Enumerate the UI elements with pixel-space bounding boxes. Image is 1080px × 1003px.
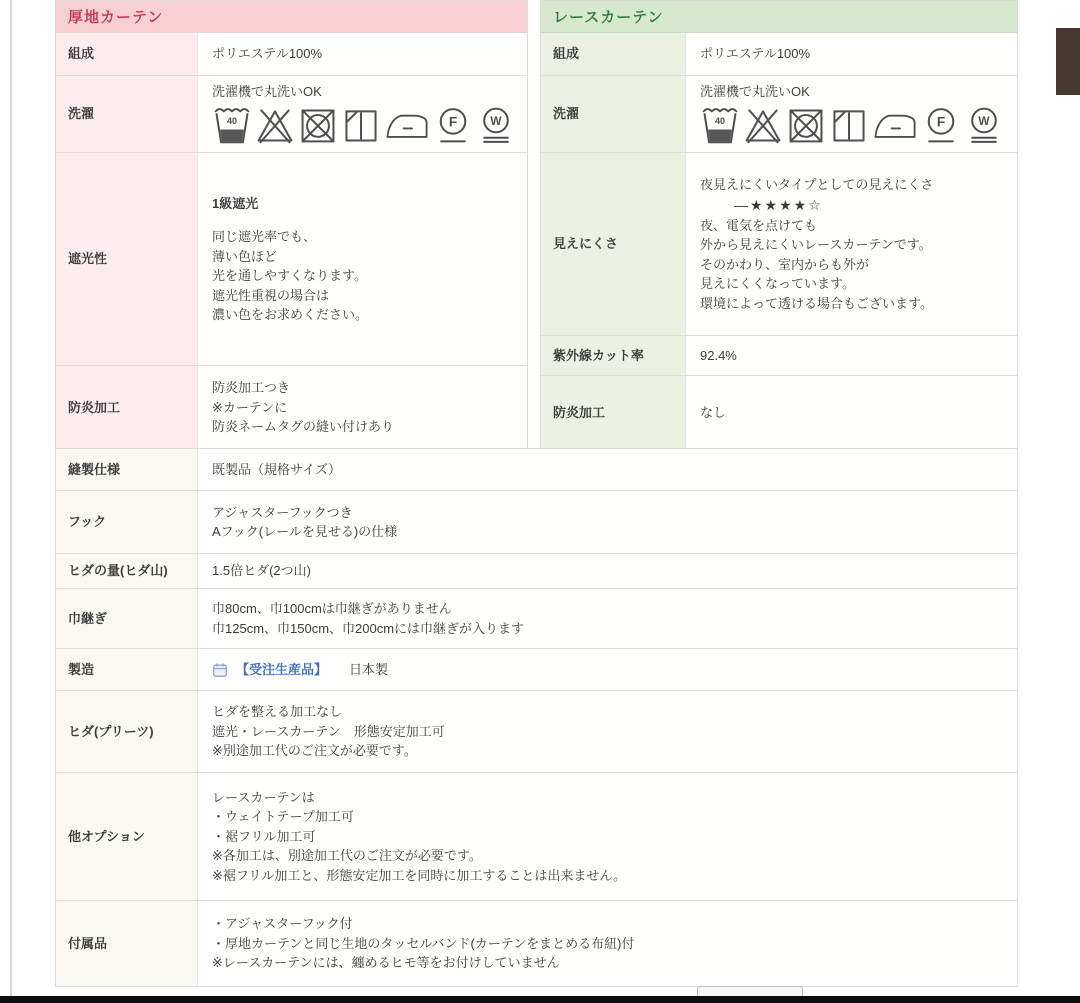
washing-label: 洗濯: [56, 76, 198, 152]
order-production-icon: [212, 662, 228, 678]
width-seam-value: 巾80cm、巾100cmは巾継ぎがありません 巾125cm、巾150cm、巾20…: [198, 589, 1017, 648]
svg-text:F: F: [449, 115, 457, 130]
table-row: 製造 【受注生産品】 日本製: [56, 649, 1017, 691]
sewing-spec-value: 既製品（規格サイズ）: [198, 449, 1017, 490]
accessories-label: 付属品: [56, 901, 198, 986]
visibility-description: 夜、電気を点けても 外から見えにくいレースカーテンです。 そのかわり、室内からも…: [700, 216, 933, 314]
table-row: ヒダ(プリーツ) ヒダを整える加工なし 遮光・レースカーテン 形態安定加工可 ※…: [56, 691, 1017, 773]
table-row: 洗濯 洗濯機で丸洗いOK 40 F: [541, 76, 1017, 153]
lace-curtain-spec-table: レースカーテン 組成 ポリエステル100% 洗濯 洗濯機で丸洗いOK 40: [540, 0, 1018, 450]
side-banner-fragment[interactable]: [1056, 28, 1080, 95]
washing-text: 洗濯機で丸洗いOK: [700, 82, 810, 102]
composition-label: 組成: [56, 33, 198, 75]
washing-text: 洗濯機で丸洗いOK: [212, 82, 322, 102]
bottom-bar: [0, 996, 1080, 1003]
table-row: ヒダの量(ヒダ山) 1.5倍ヒダ(2つ山): [56, 554, 1017, 589]
table-row: 組成 ポリエステル100%: [56, 33, 527, 76]
washing-label: 洗濯: [541, 76, 686, 152]
iron-icon: [384, 104, 430, 146]
product-spec-page: 厚地カーテン 組成 ポリエステル100% 洗濯 洗濯機で丸洗いOK 40: [0, 0, 1080, 1003]
table-row: 防炎加工 防炎加工つき ※カーテンに 防炎ネームタグの縫い付けあり: [56, 366, 527, 449]
svg-text:40: 40: [227, 116, 237, 126]
composition-value: ポリエステル100%: [198, 33, 527, 75]
table-row: 他オプション レースカーテンは ・ウェイトテープ加工可 ・裾フリル加工可 ※各加…: [56, 773, 1017, 901]
svg-text:W: W: [978, 114, 990, 128]
shading-description: 同じ遮光率でも、 薄い色ほど 光を通しやすくなります。 遮光性重視の場合は 濃い…: [212, 227, 368, 325]
visibility-intro: 夜見えにくいタイプとしての見えにくさ: [700, 175, 933, 195]
table-row: フック アジャスターフックつき Aフック(レールを見せる)の仕様: [56, 491, 1017, 554]
thick-curtain-spec-table: 厚地カーテン 組成 ポリエステル100% 洗濯 洗濯機で丸洗いOK 40: [55, 0, 528, 450]
shading-grade: 1級遮光: [212, 194, 258, 214]
table-row: 洗濯 洗濯機で丸洗いOK 40 F: [56, 76, 527, 153]
table-row: 付属品 ・アジャスターフック付 ・厚地カーテンと同じ生地のタッセルバンド(カーテ…: [56, 901, 1017, 986]
svg-text:F: F: [937, 115, 945, 130]
wash-40-icon: 40: [212, 104, 252, 146]
no-bleach-icon: [255, 104, 295, 146]
shading-value: 1級遮光 同じ遮光率でも、 薄い色ほど 光を通しやすくなります。 遮光性重視の場…: [198, 153, 527, 365]
manufacture-label: 製造: [56, 649, 198, 690]
no-tumble-dry-icon: [298, 104, 338, 146]
hook-value: アジャスターフックつき Aフック(レールを見せる)の仕様: [198, 491, 1017, 553]
thick-curtain-header: 厚地カーテン: [56, 1, 527, 33]
hook-label: フック: [56, 491, 198, 553]
flame-retardant-label: 防炎加工: [56, 366, 198, 449]
shading-label: 遮光性: [56, 153, 198, 365]
svg-text:40: 40: [715, 116, 725, 126]
accessories-value: ・アジャスターフック付 ・厚地カーテンと同じ生地のタッセルバンド(カーテンをまと…: [198, 901, 1017, 986]
flame-retardant-label: 防炎加工: [541, 376, 686, 449]
table-row: 巾継ぎ 巾80cm、巾100cmは巾継ぎがありません 巾125cm、巾150cm…: [56, 589, 1017, 649]
visibility-label: 見えにくさ: [541, 153, 686, 335]
care-symbols-row: 40 F W: [212, 104, 516, 146]
uv-cut-value: 92.4%: [686, 336, 1017, 375]
line-dry-shade-icon: [829, 104, 869, 146]
flame-retardant-value: なし: [686, 376, 1017, 449]
pleat-amount-label: ヒダの量(ヒダ山): [56, 554, 198, 588]
star-rating: ―★★★★☆: [700, 195, 823, 216]
table-row: 見えにくさ 夜見えにくいタイプとしての見えにくさ ―★★★★☆ 夜、電気を点けて…: [541, 153, 1017, 336]
line-dry-shade-icon: [341, 104, 381, 146]
care-symbols-row: 40 F W: [700, 104, 1004, 146]
table-row: 遮光性 1級遮光 同じ遮光率でも、 薄い色ほど 光を通しやすくなります。 遮光性…: [56, 153, 527, 366]
no-bleach-icon: [743, 104, 783, 146]
sewing-spec-label: 縫製仕様: [56, 449, 198, 490]
washing-value: 洗濯機で丸洗いOK 40 F W: [686, 76, 1017, 152]
dry-clean-f-icon: F: [433, 104, 473, 146]
common-spec-table: 縫製仕様 既製品（規格サイズ） フック アジャスターフックつき Aフック(レール…: [55, 448, 1018, 987]
no-tumble-dry-icon: [786, 104, 826, 146]
iron-icon: [872, 104, 918, 146]
table-row: 縫製仕様 既製品（規格サイズ）: [56, 449, 1017, 491]
composition-value: ポリエステル100%: [686, 33, 1017, 75]
visibility-value: 夜見えにくいタイプとしての見えにくさ ―★★★★☆ 夜、電気を点けても 外から見…: [686, 153, 1017, 335]
uv-cut-label: 紫外線カット率: [541, 336, 686, 375]
composition-label: 組成: [541, 33, 686, 75]
width-seam-label: 巾継ぎ: [56, 589, 198, 648]
dry-clean-f-icon: F: [921, 104, 961, 146]
washing-value: 洗濯機で丸洗いOK 40 F W: [198, 76, 527, 152]
other-options-label: 他オプション: [56, 773, 198, 900]
table-row: 紫外線カット率 92.4%: [541, 336, 1017, 376]
flame-retardant-value: 防炎加工つき ※カーテンに 防炎ネームタグの縫い付けあり: [198, 366, 527, 449]
made-in-text: 日本製: [349, 660, 388, 680]
svg-text:W: W: [490, 114, 502, 128]
table-row: 組成 ポリエステル100%: [541, 33, 1017, 76]
table-row: 防炎加工 なし: [541, 376, 1017, 449]
wet-clean-w-icon: W: [476, 104, 516, 146]
wet-clean-w-icon: W: [964, 104, 1004, 146]
wash-40-icon: 40: [700, 104, 740, 146]
pleats-label: ヒダ(プリーツ): [56, 691, 198, 772]
other-options-value: レースカーテンは ・ウェイトテープ加工可 ・裾フリル加工可 ※各加工は、別途加工…: [198, 773, 1017, 900]
pleats-value: ヒダを整える加工なし 遮光・レースカーテン 形態安定加工可 ※別途加工代のご注文…: [198, 691, 1017, 772]
lace-curtain-header: レースカーテン: [541, 1, 1017, 33]
order-production-link[interactable]: 【受注生産品】: [236, 660, 327, 680]
left-edge-divider: [10, 0, 12, 996]
pleat-amount-value: 1.5倍ヒダ(2つ山): [198, 554, 1017, 588]
manufacture-value: 【受注生産品】 日本製: [198, 649, 1017, 690]
